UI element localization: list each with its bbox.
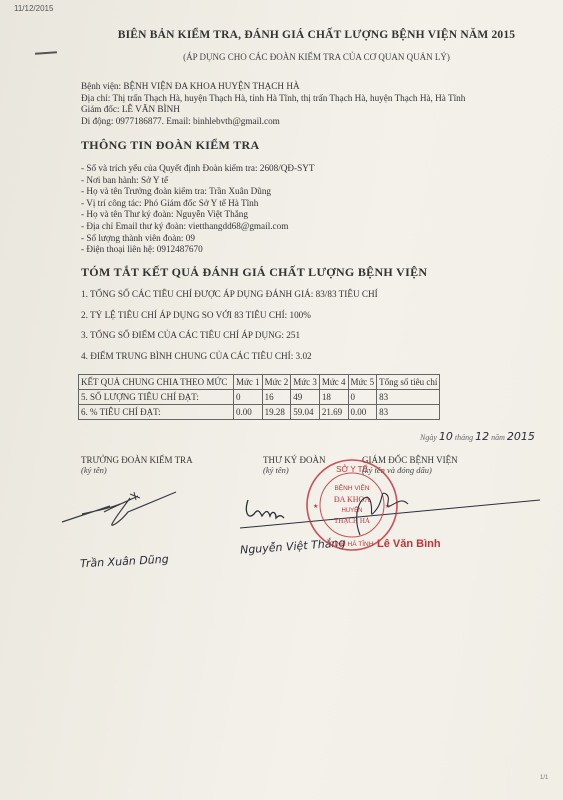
list-item: - Vị trí công tác: Phó Giám đốc Sở Y tế … [81, 198, 314, 210]
team-info-list: - Số và trích yếu của Quyết định Đoàn ki… [81, 163, 314, 256]
table-cell: 59.04 [291, 405, 320, 420]
list-item: - Họ và tên Trưởng đoàn kiểm tra: Trần X… [81, 186, 314, 198]
table-cell: 83 [377, 405, 440, 420]
list-item: - Điện thoại liên hệ: 0912487670 [81, 244, 314, 256]
table-cell: 18 [319, 390, 348, 405]
date-year: 2015 [507, 430, 535, 443]
table-header-row: KẾT QUẢ CHUNG CHIA THEO MỨC Mức 1 Mức 2 … [79, 375, 440, 390]
svg-text:TỈNH HÀ TĨNH: TỈNH HÀ TĨNH [331, 539, 374, 548]
date-month: 12 [475, 430, 489, 443]
signing-date: Ngày 10 tháng 12 năm 2015 [420, 430, 535, 443]
table-cell: 0.00 [234, 405, 263, 420]
summary-heading: TÓM TẮT KẾT QUẢ ĐÁNH GIÁ CHẤT LƯỢNG BỆNH… [81, 265, 427, 280]
results-table: KẾT QUẢ CHUNG CHIA THEO MỨC Mức 1 Mức 2 … [78, 374, 440, 420]
document-title: BIÊN BẢN KIỂM TRA, ĐÁNH GIÁ CHẤT LƯỢNG B… [0, 29, 563, 41]
hospital-contact: Di động: 0977186877. Email: binhlebvth@g… [81, 116, 465, 128]
document-subtitle: (ÁP DỤNG CHO CÁC ĐOÀN KIỂM TRA CỦA CƠ QU… [0, 52, 563, 62]
header-cell: KẾT QUẢ CHUNG CHIA THEO MỨC [79, 375, 234, 390]
signature-block-team-leader: TRƯỞNG ĐOÀN KIỂM TRA (ký tên) [81, 455, 193, 475]
table-cell: 6. % TIÊU CHÍ ĐẠT: [79, 405, 234, 420]
table-cell: 49 [291, 390, 320, 405]
header-cell: Mức 3 [291, 375, 320, 390]
page-number: 1/1 [540, 775, 548, 781]
table-cell: 19.28 [262, 405, 291, 420]
table-cell: 21.69 [319, 405, 348, 420]
list-item: - Địa chỉ Email thư ký đoàn: vietthangdd… [81, 221, 314, 233]
table-row: 6. % TIÊU CHÍ ĐẠT: 0.00 19.28 59.04 21.6… [79, 405, 440, 420]
summary-item: 4. ĐIỂM TRUNG BÌNH CHUNG CỦA CÁC TIÊU CH… [81, 351, 378, 372]
print-date: 11/12/2015 [14, 4, 53, 13]
header-cell: Mức 5 [348, 375, 377, 390]
header-cell: Mức 4 [319, 375, 348, 390]
header-cell: Mức 2 [262, 375, 291, 390]
list-item: - Họ và tên Thư ký đoàn: Nguyễn Việt Thắ… [81, 209, 314, 221]
summary-item: 2. TỶ LỆ TIÊU CHÍ ÁP DỤNG SO VỚI 83 TIÊU… [81, 310, 378, 331]
svg-text:★: ★ [313, 503, 318, 510]
table-cell: 83 [377, 390, 440, 405]
team-leader-handwritten-name: Trần Xuân Dũng [80, 553, 169, 571]
table-cell: 0 [348, 390, 377, 405]
svg-text:SỞ Y TẾ: SỞ Y TẾ [336, 464, 368, 474]
summary-item: 3. TỔNG SỐ ĐIỂM CỦA CÁC TIÊU CHÍ ÁP DỤNG… [81, 330, 378, 351]
hospital-director: Giám đốc: LÊ VĂN BÌNH [81, 104, 465, 116]
table-row: 5. SỐ LƯỢNG TIÊU CHÍ ĐẠT: 0 16 49 18 0 8… [79, 390, 440, 405]
hospital-name: Bệnh viện: BỆNH VIỆN ĐA KHOA HUYỆN THẠCH… [81, 81, 465, 93]
list-item: - Số lượng thành viên đoàn: 09 [81, 233, 314, 245]
summary-list: 1. TỔNG SỐ CÁC TIÊU CHÍ ĐƯỢC ÁP DỤNG ĐÁN… [81, 289, 378, 371]
table-cell: 0 [234, 390, 263, 405]
director-printed-name: Lê Văn Bình [377, 538, 441, 550]
header-cell: Tổng số tiêu chí [377, 375, 440, 390]
table-cell: 5. SỐ LƯỢNG TIÊU CHÍ ĐẠT: [79, 390, 234, 405]
hospital-address: Địa chỉ: Thị trấn Thạch Hà, huyện Thạch … [81, 93, 465, 105]
team-info-heading: THÔNG TIN ĐOÀN KIỂM TRA [81, 138, 259, 153]
list-item: - Nơi ban hành: Sở Y tế [81, 175, 314, 187]
date-day: 10 [439, 430, 453, 443]
table-cell: 0.00 [348, 405, 377, 420]
team-leader-signature [60, 490, 200, 550]
list-item: - Số và trích yếu của Quyết định Đoàn ki… [81, 163, 314, 175]
table-cell: 16 [262, 390, 291, 405]
header-cell: Mức 1 [234, 375, 263, 390]
summary-item: 1. TỔNG SỐ CÁC TIÊU CHÍ ĐƯỢC ÁP DỤNG ĐÁN… [81, 289, 378, 310]
director-signature [340, 480, 430, 540]
hospital-info: Bệnh viện: BỆNH VIỆN ĐA KHOA HUYỆN THẠCH… [81, 81, 465, 127]
